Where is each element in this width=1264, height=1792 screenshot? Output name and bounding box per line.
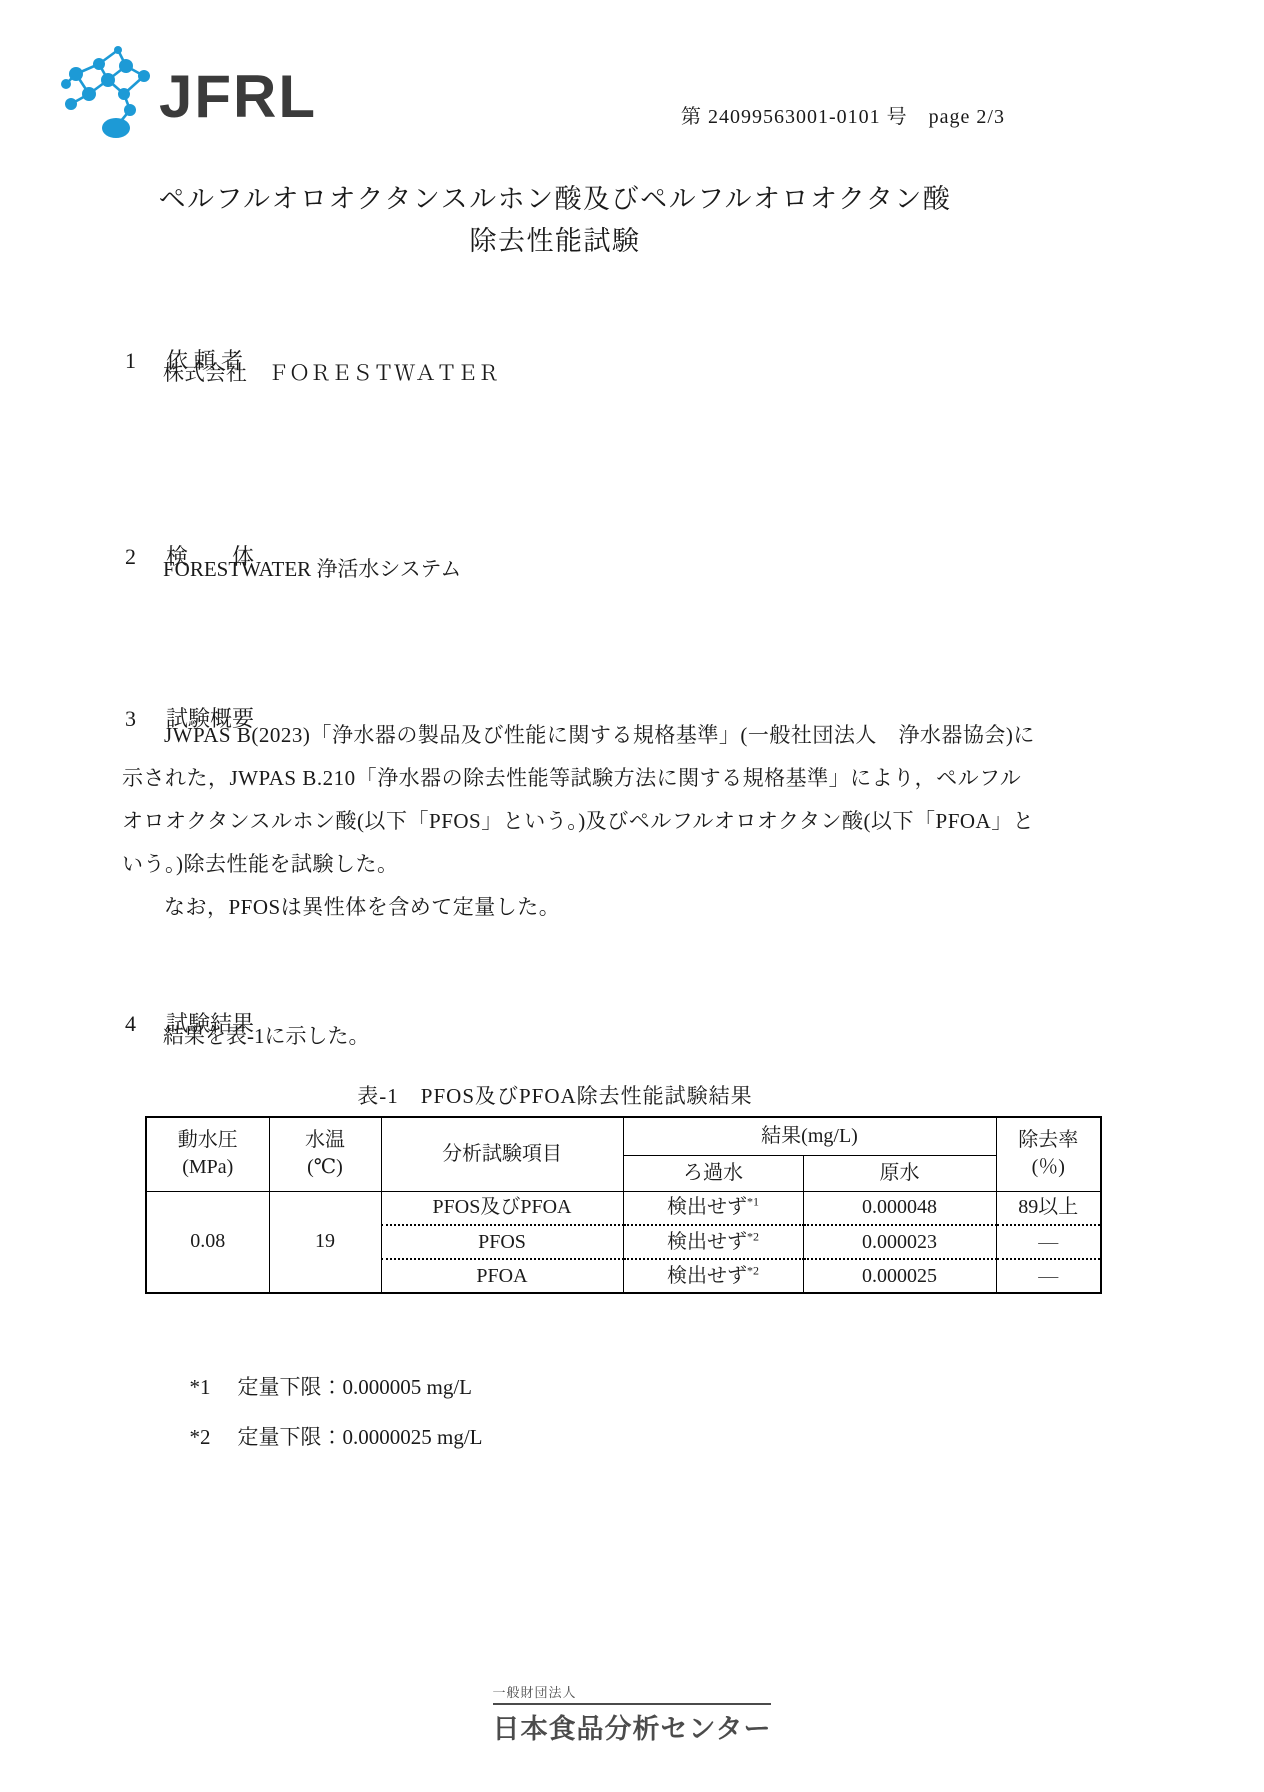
table-caption: 表-1 PFOS及びPFOA除去性能試験結果 (100, 1080, 1010, 1110)
removal-rate: ― (996, 1225, 1101, 1259)
footnote-marker: *2 (747, 1229, 759, 1243)
footnote-1: *1定量下限：0.000005 mg/L (158, 1312, 483, 1362)
pressure-value: 0.08 (146, 1191, 269, 1293)
results-table: 動水圧 (MPa) 水温 (℃) 分析試験項目 結果(mg/L) 除去率 (％)… (145, 1116, 1102, 1294)
result-reference-text: 結果を表-1に示した。 (163, 1020, 370, 1050)
report-page: JFRL 第 24099563001-0101 号 page 2/3 ペルフルオ… (0, 0, 1264, 1792)
col-header-result-group: 結果(mg/L) (623, 1117, 996, 1155)
paragraph-line: なお，PFOSは異性体を含めて定量した。 (122, 886, 1062, 929)
sample-name: FORESTWATER 浄活水システム (163, 553, 461, 583)
col-header-temperature: 水温 (℃) (269, 1117, 381, 1191)
analysis-item: PFOS及びPFOA (381, 1191, 623, 1225)
footnote-1-marker: *1 (190, 1362, 216, 1412)
paragraph-line: オロオクタンスルホン酸(以下「PFOS」という。)及びペルフルオロオクタン酸(以… (122, 800, 1062, 843)
paragraph-line: JWPAS B(2023)「浄水器の製品及び性能に関する規格基準」(一般社団法人… (122, 714, 1062, 757)
temperature-value: 19 (269, 1191, 381, 1293)
raw-result: 0.000023 (803, 1225, 996, 1259)
section2-number: 2 (125, 544, 139, 570)
footer-org-name: 日本食品分析センター (493, 1707, 772, 1746)
client-name: 株式会社 ＦＯＲＥＳＴＷＡＴＥＲ (163, 357, 499, 387)
footer-organization-logo: 一般財団法人 日本食品分析センター (0, 1682, 1264, 1746)
footer-org-type: 一般財団法人 (493, 1682, 772, 1705)
report-title-line1: ペルフルオロオクタンスルホン酸及びペルフルオロオクタン酸 (100, 178, 1010, 220)
raw-result: 0.000025 (803, 1259, 996, 1293)
paragraph-line: 示された，JWPAS B.210「浄水器の除去性能等試験方法に関する規格基準」に… (122, 757, 1062, 800)
raw-result: 0.000048 (803, 1191, 996, 1225)
footnote-1-text: 定量下限：0.000005 mg/L (238, 1375, 473, 1399)
analysis-item: PFOS (381, 1225, 623, 1259)
footnote-marker: *1 (747, 1195, 759, 1209)
document-number: 第 24099563001-0101 号 page 2/3 (0, 100, 1005, 129)
col-header-removal-rate: 除去率 (％) (996, 1117, 1101, 1191)
test-overview-paragraph: JWPAS B(2023)「浄水器の製品及び性能に関する規格基準」(一般社団法人… (122, 714, 1062, 929)
col-header-analysis-item: 分析試験項目 (381, 1117, 623, 1191)
report-title: ペルフルオロオクタンスルホン酸及びペルフルオロオクタン酸 除去性能試験 (100, 178, 1010, 262)
col-header-pressure: 動水圧 (MPa) (146, 1117, 269, 1191)
paragraph-line: いう。)除去性能を試験した。 (122, 843, 1062, 886)
filtered-result: 検出せず*1 (623, 1191, 803, 1225)
footnote-2-text: 定量下限：0.0000025 mg/L (238, 1425, 483, 1449)
analysis-item: PFOA (381, 1259, 623, 1293)
footnote-marker: *2 (747, 1263, 759, 1277)
col-header-filtered-water: ろ過水 (623, 1155, 803, 1191)
removal-rate: ― (996, 1259, 1101, 1293)
removal-rate: 89以上 (996, 1191, 1101, 1225)
section1-number: 1 (125, 348, 139, 374)
table-row: 0.08 19 PFOS及びPFOA 検出せず*1 0.000048 89以上 (146, 1191, 1101, 1225)
footnotes: *1定量下限：0.000005 mg/L *2定量下限：0.0000025 mg… (158, 1312, 483, 1412)
section4-number: 4 (125, 1011, 139, 1037)
report-title-line2: 除去性能試験 (100, 220, 1010, 262)
filtered-result: 検出せず*2 (623, 1225, 803, 1259)
filtered-result: 検出せず*2 (623, 1259, 803, 1293)
footnote-2-marker: *2 (190, 1412, 216, 1462)
col-header-raw-water: 原水 (803, 1155, 996, 1191)
